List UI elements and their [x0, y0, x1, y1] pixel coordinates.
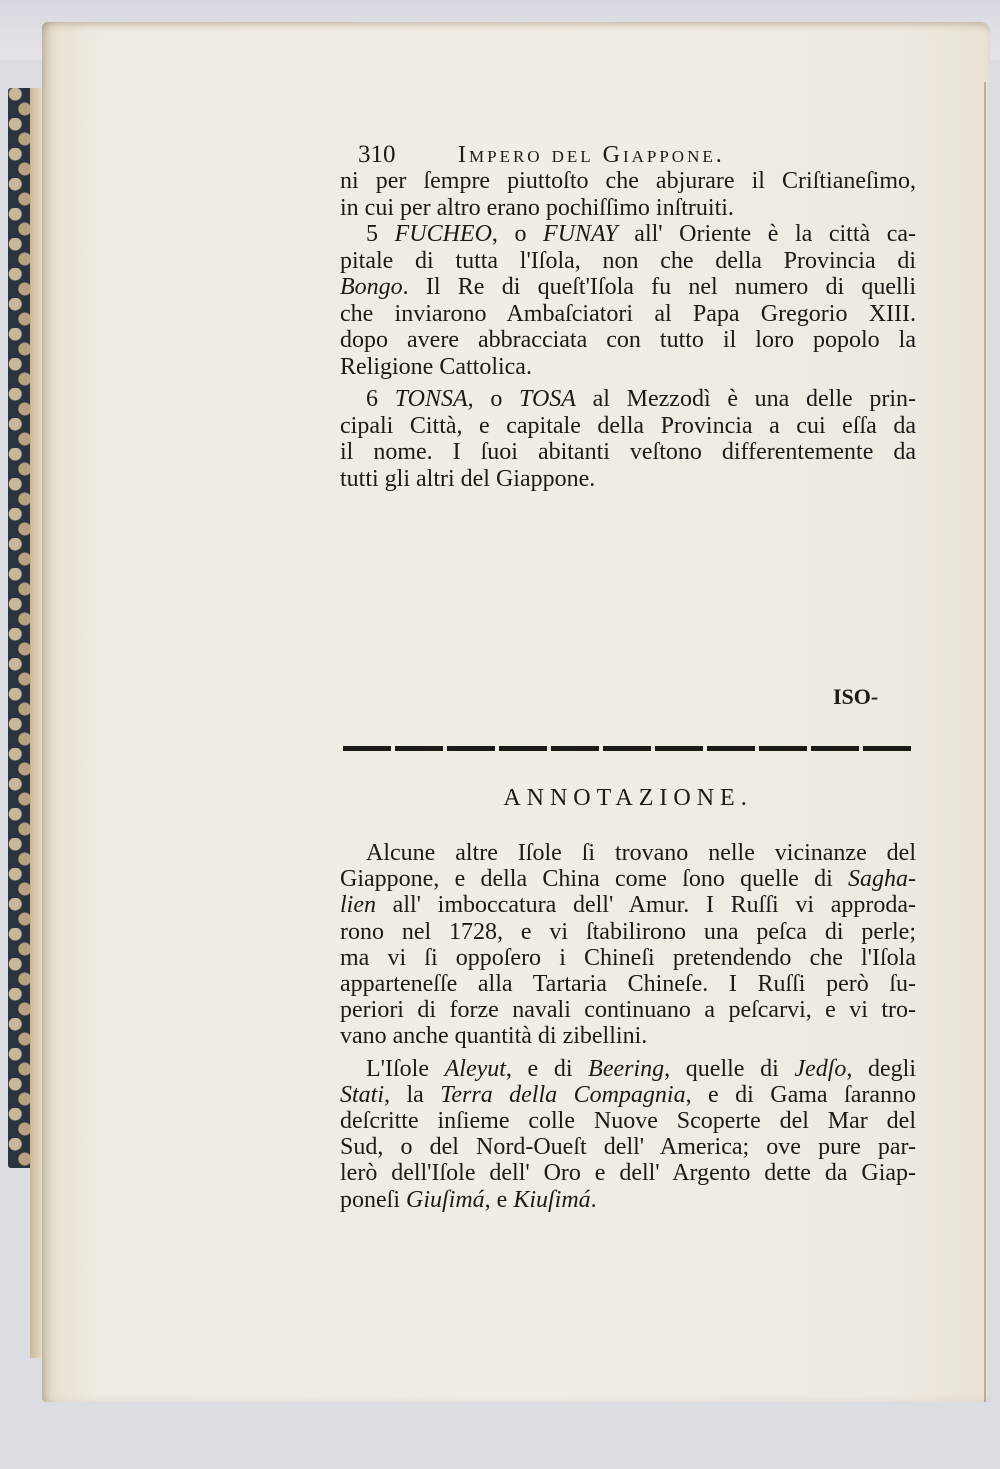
annotation-text: Alcune altre Iſole ſi trovano nelle vici…	[340, 840, 916, 1213]
place-name: TONSA	[395, 386, 468, 412]
text-line: L'Iſole Aleyut, e di Beering, quelle di …	[340, 1056, 916, 1082]
entry-6-heading: 6 TONSA, o TOSA al Mezzodì è una delle p…	[340, 386, 916, 413]
place-name: FUNAY	[543, 221, 618, 247]
text-line: cipali Città, e capitale della Provincia…	[340, 413, 916, 440]
text-line: che inviarono Ambaſciatori al Papa Grego…	[340, 301, 916, 328]
text-line: vano anche quantità di zibellini.	[340, 1023, 916, 1049]
text-line: dopo avere abbracciata con tutto il loro…	[340, 327, 916, 354]
text-line: poneſi Giuſimá, e Kiuſimá.	[340, 1187, 916, 1213]
text-line: il nome. I ſuoi abitanti veſtono differe…	[340, 439, 916, 466]
text-line: pitale di tutta l'Iſola, non che della P…	[340, 248, 916, 275]
text-line: Alcune altre Iſole ſi trovano nelle vici…	[340, 840, 916, 866]
text-line: rono nel 1728, e vi ſtabilirono una peſc…	[340, 919, 916, 945]
text-line: apparteneſſe alla Tartaria Chineſe. I Ru…	[340, 971, 916, 997]
text-line: lerò dell'Iſole dell' Oro e dell' Argent…	[340, 1160, 916, 1186]
text-line: Bongo. Il Re di queſt'Iſola fu nel numer…	[340, 274, 916, 301]
text-line: Sud, o del Nord-Oueſt dell' America; ove…	[340, 1134, 916, 1160]
catchword: ISO-	[833, 684, 878, 710]
place-name: TOSA	[519, 386, 576, 412]
text-line: ni per ſempre piuttoſto che abjurare il …	[340, 168, 916, 195]
book-spine-marbled	[8, 88, 32, 1168]
running-title: Impero del Giappone.	[458, 142, 725, 169]
annotation-title: ANNOTAZIONE.	[340, 785, 916, 812]
page-gutter-line	[984, 82, 986, 1402]
text-line: lien all' imboccatura dell' Amur. I Ruſſ…	[340, 892, 916, 918]
dashed-divider-rule	[343, 746, 911, 751]
text-line: Religione Cattolica.	[340, 354, 916, 381]
text-line: Giappone, e della China come ſono quelle…	[340, 866, 916, 892]
text-line: tutti gli altri del Giappone.	[340, 466, 916, 493]
page-number: 310	[358, 142, 458, 169]
place-name: FUCHEO	[395, 221, 492, 247]
text-line: in cui per altro erano pochiſſimo inſtru…	[340, 195, 916, 222]
running-head: 310 Impero del Giappone.	[358, 142, 916, 168]
text-line: periori di forze navali continuano a peſ…	[340, 997, 916, 1023]
text-line: ma vi ſi oppoſero i Chineſi pretendendo …	[340, 945, 916, 971]
text-line: Stati, la Terra della Compagnia, e di Ga…	[340, 1082, 916, 1108]
entry-5-heading: 5 FUCHEO, o FUNAY all' Oriente è la citt…	[340, 221, 916, 248]
text-line: deſcritte inſieme colle Nuove Scoperte d…	[340, 1108, 916, 1134]
main-text: 310 Impero del Giappone. ni per ſempre p…	[340, 130, 916, 492]
